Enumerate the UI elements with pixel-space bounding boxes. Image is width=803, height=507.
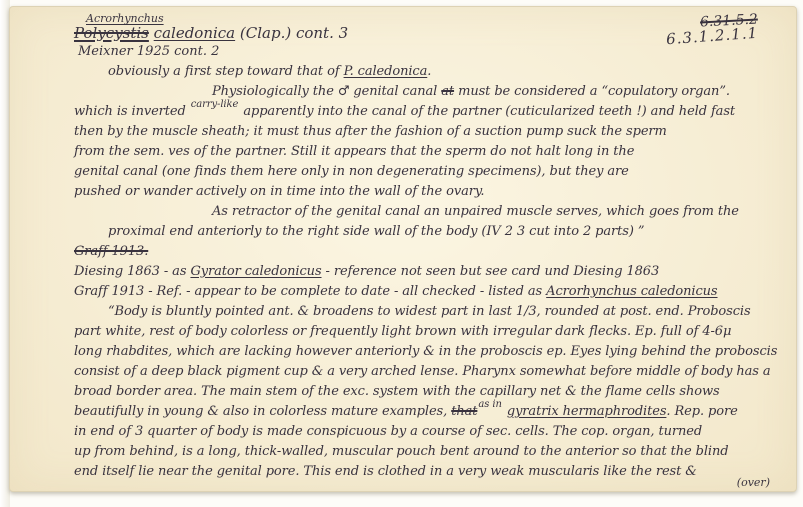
text-segment: genital canal (one finds them here only … [74, 164, 629, 179]
title-suffix: (Clap.) cont. 3 [235, 24, 348, 42]
handwritten-line: in end of 3 quarter of body is made cons… [74, 422, 778, 442]
handwritten-line: Diesing 1863 - as Gyrator caledonicus - … [74, 262, 778, 282]
text-segment: part white, rest of body colorless or fr… [74, 324, 731, 339]
text-segment: Gyrator caledonicus [190, 264, 321, 279]
handwritten-line: As retractor of the genital canal an unp… [212, 202, 778, 222]
handwritten-line: part white, rest of body colorless or fr… [74, 322, 778, 342]
text-segment: consist of a deep black pigment cup & a … [74, 364, 771, 379]
handwritten-line: Graff 1913. [74, 242, 778, 262]
handwritten-line: pushed or wander actively on in time int… [74, 182, 778, 202]
text-segment: that [451, 404, 477, 419]
text-segment: at [441, 84, 454, 99]
text-segment: long rhabdites, which are lacking howeve… [74, 344, 777, 359]
handwritten-line: genital canal (one finds them here only … [74, 162, 778, 182]
text-segment: which is inverted [74, 104, 190, 119]
text-segment: . Rep. pore [666, 404, 737, 419]
handwritten-line: beautifully in young & also in colorless… [74, 402, 778, 422]
handwritten-line: Physiologically the ♂ genital canal at m… [212, 82, 778, 102]
text-segment: Physiologically the ♂ genital canal [212, 84, 441, 99]
text-segment: up from behind, is a long, thick-walled,… [74, 444, 728, 459]
handwritten-line: up from behind, is a long, thick-walled,… [74, 442, 778, 462]
text-segment: As retractor of the genital canal an unp… [212, 204, 739, 219]
handwritten-line: long rhabdites, which are lacking howeve… [74, 342, 778, 362]
text-segment: gyratrix hermaphrodites [507, 404, 667, 419]
text-segment: Graff 1913 - Ref. - appear to be complet… [74, 284, 546, 299]
card-header: 6.31.5.2 6.3.1.2.1.1 Acrorhynchus Polycy… [74, 13, 778, 60]
text-segment: broad border area. The main stem of the … [74, 384, 720, 399]
text-segment: . [427, 64, 431, 79]
classification-code: 6.3.1.2.1.1 [665, 25, 758, 47]
classification-codes: 6.31.5.2 6.3.1.2.1.1 [666, 13, 758, 45]
index-card: 6.31.5.2 6.3.1.2.1.1 Acrorhynchus Polycy… [9, 6, 797, 492]
text-segment: “Body is bluntly pointed ant. & broadens… [108, 304, 751, 319]
text-segment: as in [478, 400, 501, 410]
handwritten-body: obviously a first step toward that of P.… [74, 62, 778, 482]
handwritten-line: which is inverted carry-like apparently … [74, 102, 778, 122]
text-segment: carry-like [191, 100, 239, 110]
handwritten-line: from the sem. ves of the partner. Still … [74, 142, 778, 162]
text-segment: then by the muscle sheath; it must thus … [74, 124, 667, 139]
handwritten-line: proximal end anteriorly to the right sid… [108, 222, 778, 242]
text-segment: in end of 3 quarter of body is made cons… [74, 424, 702, 439]
text-segment: from the sem. ves of the partner. Still … [74, 144, 634, 159]
handwritten-line: “Body is bluntly pointed ant. & broadens… [108, 302, 778, 322]
text-segment: end itself lie near the genital pore. Th… [74, 464, 697, 479]
struck-genus-name: Polycystis [74, 24, 149, 42]
text-segment: pushed or wander actively on in time int… [74, 184, 484, 199]
text-segment: Diesing 1863 - as [74, 264, 190, 279]
text-segment: must be considered a “copulatory organ”. [454, 84, 730, 99]
text-segment: - reference not seen but see card und Di… [322, 264, 660, 279]
over-note: (over) [737, 477, 770, 489]
text-segment: Graff 1913. [74, 244, 148, 259]
handwritten-line: broad border area. The main stem of the … [74, 382, 778, 402]
handwritten-line: end itself lie near the genital pore. Th… [74, 462, 778, 482]
text-segment: Acrorhynchus caledonicus [546, 284, 717, 299]
handwritten-line: consist of a deep black pigment cup & a … [74, 362, 778, 382]
text-segment: apparently into the canal of the partner… [239, 104, 735, 119]
text-segment: proximal end anteriorly to the right sid… [108, 224, 644, 239]
text-segment: obviously a first step toward that of [108, 64, 344, 79]
handwritten-line: obviously a first step toward that of P.… [108, 62, 778, 82]
text-segment: beautifully in young & also in colorless… [74, 404, 451, 419]
species-name: caledonica [154, 24, 235, 42]
handwritten-line: Graff 1913 - Ref. - appear to be complet… [74, 282, 778, 302]
text-segment: P. caledonica [344, 64, 428, 79]
handwritten-line: then by the muscle sheath; it must thus … [74, 122, 778, 142]
